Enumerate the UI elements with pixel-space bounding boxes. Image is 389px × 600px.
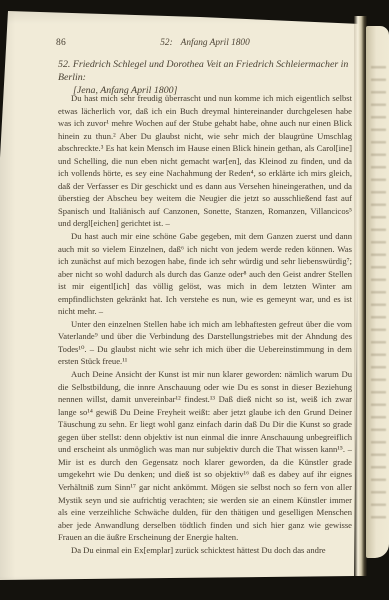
facing-page-blurred-text [371, 62, 386, 522]
running-header-number: 52: [160, 38, 172, 48]
paragraph: Du hast mich sehr freudig überrascht und… [58, 92, 352, 230]
letter-heading-line1: 52. Friedrich Schlegel und Dorothea Veit… [58, 58, 358, 84]
book-page: 86 52:Anfang April 1800 52. Friedrich Sc… [0, 0, 389, 600]
book-scan: 86 52:Anfang April 1800 52. Friedrich Sc… [0, 0, 389, 600]
paragraph: Du hast auch mir eine schöne Gabe gegebe… [58, 230, 352, 318]
facing-page-edge [366, 26, 389, 558]
paragraph: Auch Deine Ansicht der Kunst ist mir nun… [58, 368, 352, 544]
letter-body: Du hast mich sehr freudig überrascht und… [58, 92, 352, 578]
paragraph: Unter den einzelnen Stellen habe ich mic… [58, 318, 352, 368]
running-header: 52:Anfang April 1800 [58, 38, 352, 48]
running-header-title: Anfang April 1800 [181, 38, 250, 48]
paragraph: Da Du einmal ein Ex[emplar] zurück schic… [58, 544, 352, 557]
